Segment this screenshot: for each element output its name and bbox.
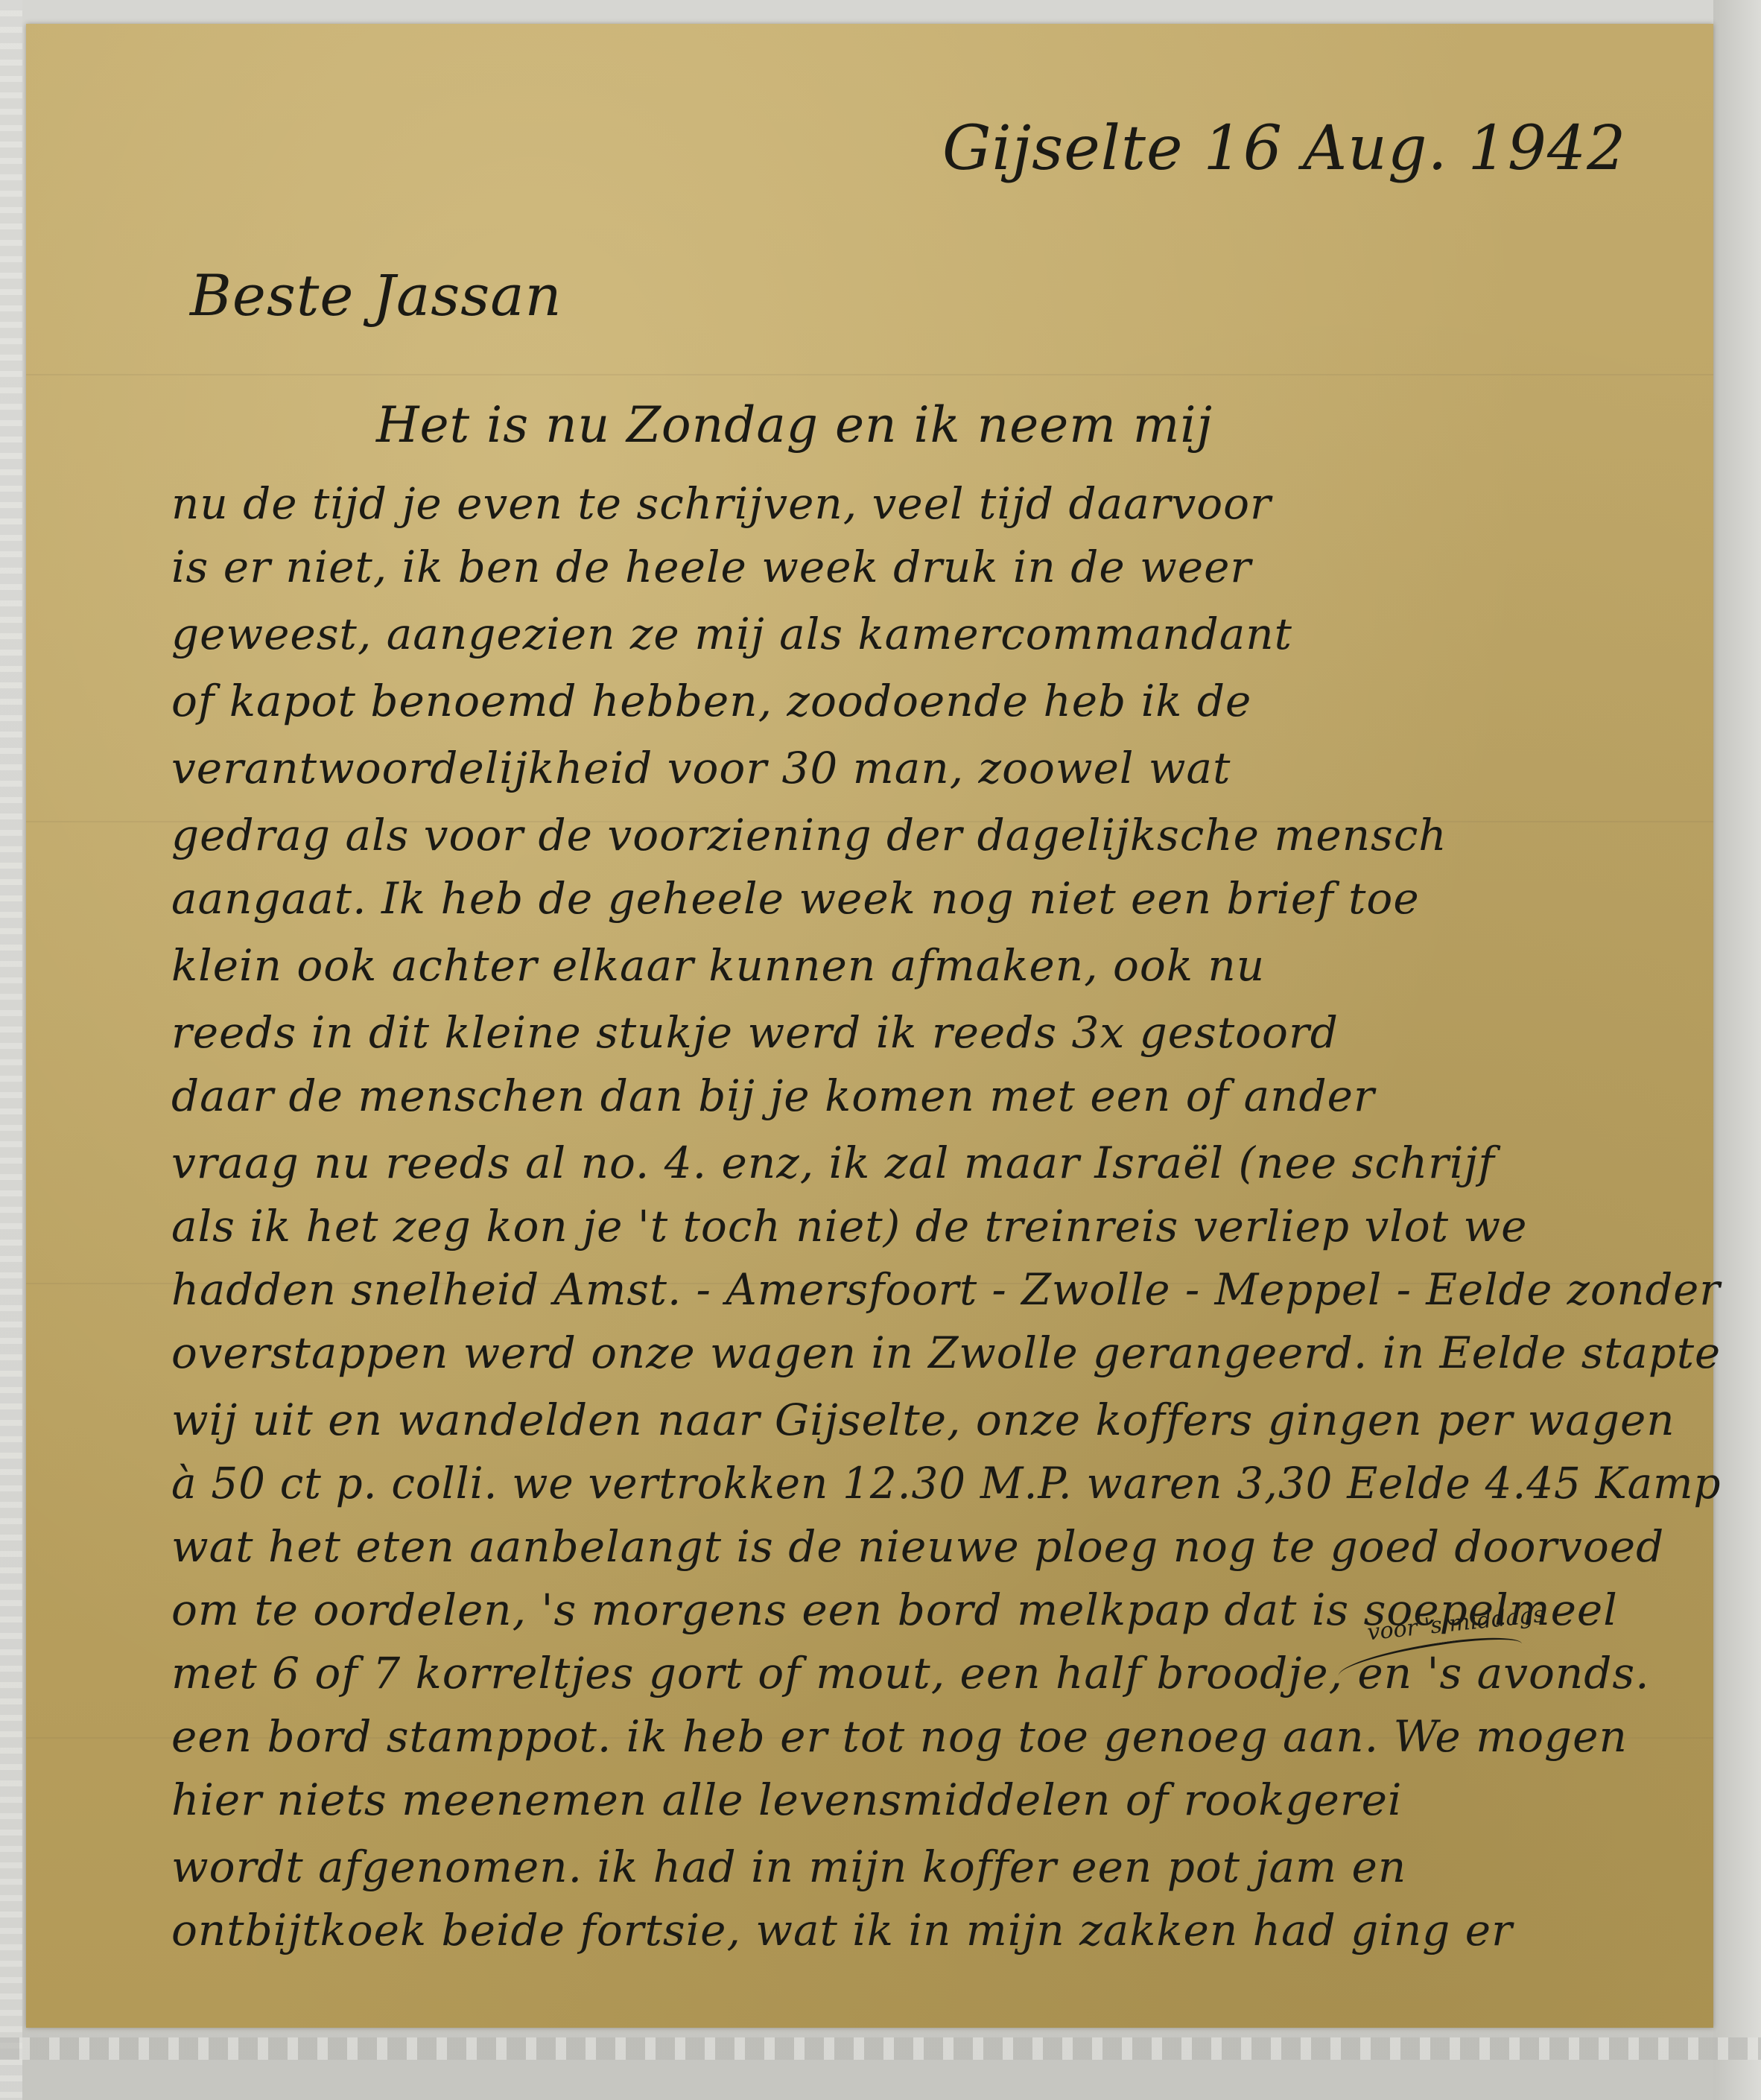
letter-line: vraag nu reeds al no. 4. enz, ik zal maa… — [171, 1138, 1495, 1188]
letter-line: wat het eten aanbelangt is de nieuwe plo… — [171, 1521, 1664, 1572]
letter-line: aangaat. Ik heb de geheele week nog niet… — [171, 873, 1420, 924]
letter-line: overstappen werd onze wagen in Zwolle ge… — [171, 1327, 1721, 1378]
letter-line: verantwoordelijkheid voor 30 man, zoowel… — [171, 743, 1231, 793]
letter-line: of kapot benoemd hebben, zoodoende heb i… — [171, 676, 1251, 726]
letter-line: als ik het zeg kon je 't toch niet) de t… — [171, 1201, 1527, 1252]
letter-line: daar de menschen dan bij je komen met ee… — [171, 1070, 1375, 1121]
letter-line: klein ook achter elkaar kunnen afmaken, … — [171, 940, 1265, 991]
letter-line: ontbijtkoek beide fortsie, wat ik in mij… — [171, 1905, 1513, 1955]
sleeve-edge-right — [1713, 0, 1761, 2100]
letter-line: geweest, aangezien ze mij als kamercomma… — [171, 609, 1292, 659]
letter-line: reeds in dit kleine stukje werd ik reeds… — [171, 1007, 1339, 1058]
salutation: Beste Jassan — [190, 262, 562, 329]
letter-line: wordt afgenomen. ik had in mijn koffer e… — [171, 1842, 1406, 1892]
sleeve-edge-left — [0, 0, 22, 2100]
faint-rule — [26, 374, 1713, 375]
letter-line: nu de tijd je even te schrijven, veel ti… — [171, 478, 1272, 529]
letter-line: gedrag als voor de voorziening der dagel… — [171, 810, 1447, 860]
letter-line: hier niets meenemen alle levensmiddelen … — [171, 1774, 1402, 1825]
letter-page: Gijselte 16 Aug. 1942 Beste Jassan Het i… — [26, 24, 1713, 2028]
letter-line: hadden snelheid Amst. - Amersfoort - Zwo… — [171, 1264, 1721, 1315]
letter-line: wij uit en wandelden naar Gijselte, onze… — [171, 1395, 1675, 1445]
letter-line: à 50 ct p. colli. we vertrokken 12.30 M.… — [171, 1458, 1721, 1509]
dateline: Gijselte 16 Aug. 1942 — [942, 113, 1626, 184]
letter-line: een bord stamppot. ik heb er tot nog toe… — [171, 1711, 1628, 1762]
letter-line: is er niet, ik ben de heele week druk in… — [171, 542, 1251, 592]
letter-line: Het is nu Zondag en ik neem mij — [376, 396, 1213, 454]
sleeve-edge-bottom — [0, 2037, 1761, 2060]
